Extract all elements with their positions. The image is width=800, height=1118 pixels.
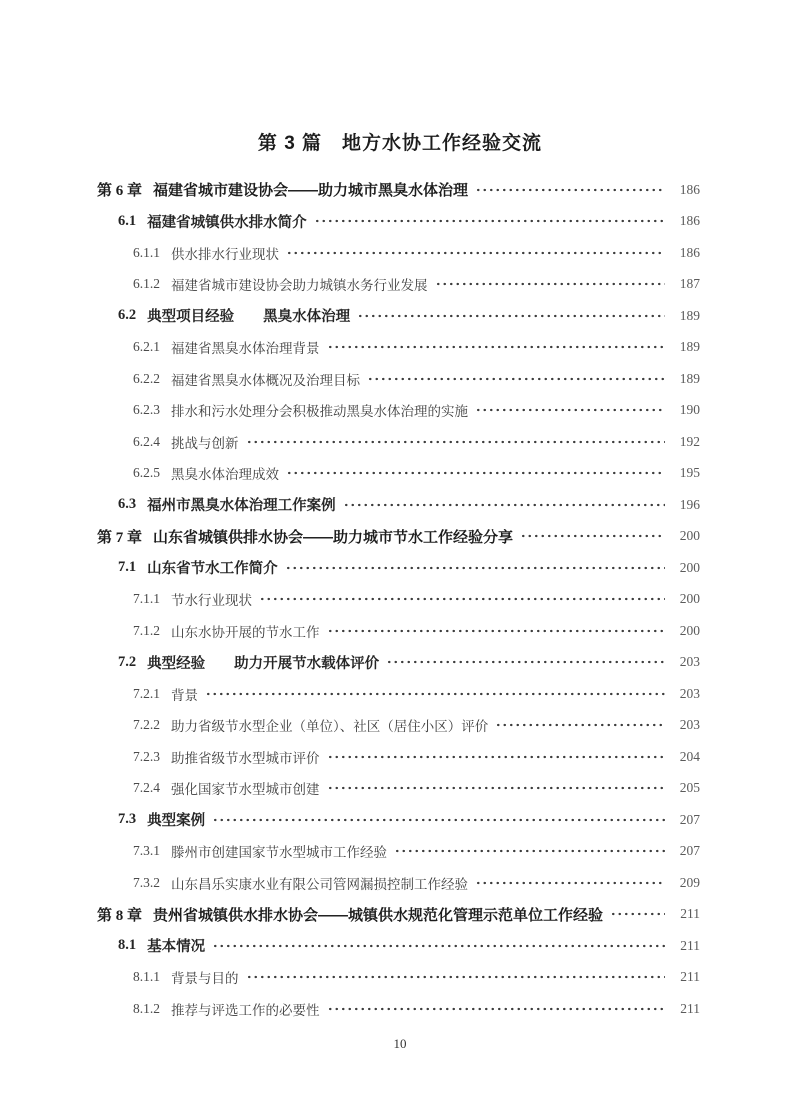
dot-leader: [475, 188, 665, 192]
toc-row-6-2-2: 6.2.2福建省黑臭水体概况及治理目标189: [97, 363, 700, 395]
toc-entry-number: 6.2.4: [133, 434, 160, 450]
dot-leader: [357, 314, 665, 318]
toc-entry-page: 189: [673, 371, 700, 387]
toc-row-7-2-1: 7.2.1背景203: [97, 678, 700, 710]
toc-entry-title: 助力省级节水型企业（单位）、社区（居住小区）评价: [171, 715, 488, 735]
toc-entry-number: 8.1.1: [133, 969, 160, 985]
toc-row-8-1-2: 8.1.2推荐与评选工作的必要性211: [97, 993, 700, 1025]
dot-leader: [475, 881, 665, 885]
document-page: 第 3 篇 地方水协工作经验交流 第 6 章福建省城市建设协会——助力城市黑臭水…: [0, 0, 800, 1118]
dot-leader: [286, 471, 665, 475]
toc-row-7-2-3: 7.2.3助推省级节水型城市评价204: [97, 741, 700, 773]
dot-leader: [327, 345, 666, 349]
toc-entry-number: 7.1.1: [133, 591, 160, 607]
dot-leader: [435, 282, 666, 286]
toc-row-7-1: 7.1山东省节水工作简介200: [97, 552, 700, 584]
toc-entry-title: 排水和污水处理分会积极推动黑臭水体治理的实施: [171, 400, 468, 420]
toc-row-6-1-1: 6.1.1供水排水行业现状186: [97, 237, 700, 269]
toc-entry-title: 推荐与评选工作的必要性: [171, 999, 320, 1019]
toc-row-7-3: 7.3典型案例207: [97, 804, 700, 836]
toc-entry-number: 8.1: [118, 937, 136, 954]
dot-leader: [212, 818, 665, 822]
toc-entry-title: 强化国家节水型城市创建: [171, 778, 320, 798]
dot-leader: [246, 440, 666, 444]
dot-leader: [343, 503, 665, 507]
dot-leader: [386, 660, 665, 664]
toc-entry-title: 山东水协开展的节水工作: [171, 621, 320, 641]
dot-leader: [520, 534, 665, 538]
toc-entry-number: 6.2.3: [133, 402, 160, 418]
toc-entry-number: 6.1: [118, 213, 136, 230]
toc-entry-title: 助推省级节水型城市评价: [171, 747, 320, 767]
toc-row-7-2-2: 7.2.2助力省级节水型企业（单位）、社区（居住小区）评价203: [97, 710, 700, 742]
toc-entry-page: 209: [673, 875, 700, 891]
toc-entry-page: 211: [673, 938, 700, 954]
toc-entry-page: 190: [673, 402, 700, 418]
toc-entry-page: 186: [673, 182, 700, 198]
toc-entry-page: 186: [673, 245, 700, 261]
toc-entry-title: 山东昌乐实康水业有限公司管网漏损控制工作经验: [171, 873, 468, 893]
dot-leader: [475, 408, 665, 412]
dot-leader: [205, 692, 665, 696]
toc-entry-page: 187: [673, 276, 700, 292]
toc-row-8-1-1: 8.1.1背景与目的211: [97, 962, 700, 994]
toc-entry-page: 204: [673, 749, 700, 765]
toc-entry-number: 8.1.2: [133, 1001, 160, 1017]
toc-entry-title: 典型经验 助力开展节水载体评价: [147, 652, 379, 673]
page-title: 第 3 篇 地方水协工作经验交流: [0, 128, 800, 155]
toc-entry-page: 196: [673, 497, 700, 513]
toc-entry-title: 福建省黑臭水体概况及治理目标: [171, 369, 360, 389]
dot-leader: [327, 786, 666, 790]
toc-row-7-1-2: 7.1.2山东水协开展的节水工作200: [97, 615, 700, 647]
toc-row-6-2-3: 6.2.3排水和污水处理分会积极推动黑臭水体治理的实施190: [97, 395, 700, 427]
toc-row-8-1: 8.1基本情况211: [97, 930, 700, 962]
toc-entry-title: 福州市黑臭水体治理工作案例: [147, 494, 336, 515]
toc-entry-number: 7.2.2: [133, 717, 160, 733]
toc-entry-title: 福建省城市建设协会助力城镇水务行业发展: [171, 274, 428, 294]
toc-row-6-2-5: 6.2.5黑臭水体治理成效195: [97, 458, 700, 490]
toc-row-chapter-6: 第 6 章福建省城市建设协会——助力城市黑臭水体治理186: [97, 174, 700, 206]
toc-entry-number: 第 6 章: [97, 179, 142, 200]
toc-entry-page: 207: [673, 812, 700, 828]
toc-entry-title: 基本情况: [147, 935, 205, 956]
table-of-contents: 第 6 章福建省城市建设协会——助力城市黑臭水体治理186 6.1福建省城镇供水…: [97, 174, 700, 1025]
toc-entry-title: 供水排水行业现状: [171, 243, 279, 263]
toc-entry-title: 山东省城镇供排水协会——助力城市节水工作经验分享: [153, 526, 513, 547]
toc-entry-page: 211: [673, 906, 700, 922]
toc-entry-page: 200: [673, 623, 700, 639]
toc-entry-number: 6.1.2: [133, 276, 160, 292]
toc-entry-page: 200: [673, 560, 700, 576]
toc-entry-number: 7.3.2: [133, 875, 160, 891]
dot-leader: [314, 219, 665, 223]
toc-row-7-2-4: 7.2.4强化国家节水型城市创建205: [97, 773, 700, 805]
toc-entry-title: 典型案例: [147, 809, 205, 830]
toc-entry-title: 挑战与创新: [171, 432, 239, 452]
toc-row-6-3: 6.3福州市黑臭水体治理工作案例196: [97, 489, 700, 521]
toc-entry-number: 6.2.5: [133, 465, 160, 481]
toc-entry-title: 典型项目经验 黑臭水体治理: [147, 305, 350, 326]
toc-row-6-2: 6.2典型项目经验 黑臭水体治理189: [97, 300, 700, 332]
toc-entry-page: 211: [673, 969, 700, 985]
toc-entry-number: 7.2.4: [133, 780, 160, 796]
toc-entry-number: 7.2.3: [133, 749, 160, 765]
toc-row-7-3-2: 7.3.2山东昌乐实康水业有限公司管网漏损控制工作经验209: [97, 867, 700, 899]
toc-entry-number: 第 7 章: [97, 526, 142, 547]
toc-row-7-3-1: 7.3.1滕州市创建国家节水型城市工作经验207: [97, 836, 700, 868]
toc-row-6-2-1: 6.2.1福建省黑臭水体治理背景189: [97, 332, 700, 364]
toc-entry-title: 滕州市创建国家节水型城市工作经验: [171, 841, 387, 861]
page-footer-number: 10: [0, 1036, 800, 1052]
toc-row-chapter-7: 第 7 章山东省城镇供排水协会——助力城市节水工作经验分享200: [97, 521, 700, 553]
dot-leader: [327, 755, 666, 759]
toc-entry-page: 192: [673, 434, 700, 450]
dot-leader: [495, 723, 665, 727]
toc-entry-title: 福建省城镇供水排水简介: [147, 211, 307, 232]
toc-entry-page: 205: [673, 780, 700, 796]
toc-entry-number: 7.2: [118, 654, 136, 671]
dot-leader: [610, 912, 665, 916]
toc-entry-title: 背景: [171, 684, 198, 704]
toc-entry-number: 6.2.1: [133, 339, 160, 355]
toc-entry-number: 6.2.2: [133, 371, 160, 387]
toc-entry-number: 6.2: [118, 307, 136, 324]
toc-entry-title: 福建省黑臭水体治理背景: [171, 337, 320, 357]
toc-entry-number: 7.3.1: [133, 843, 160, 859]
toc-entry-number: 7.3: [118, 811, 136, 828]
toc-entry-number: 6.1.1: [133, 245, 160, 261]
toc-entry-page: 189: [673, 339, 700, 355]
dot-leader: [246, 975, 666, 979]
toc-entry-page: 203: [673, 654, 700, 670]
dot-leader: [259, 597, 665, 601]
toc-entry-number: 7.2.1: [133, 686, 160, 702]
toc-entry-page: 211: [673, 1001, 700, 1017]
toc-entry-number: 7.1.2: [133, 623, 160, 639]
toc-row-7-2: 7.2典型经验 助力开展节水载体评价203: [97, 647, 700, 679]
toc-entry-page: 203: [673, 686, 700, 702]
toc-entry-page: 186: [673, 213, 700, 229]
toc-entry-page: 207: [673, 843, 700, 859]
dot-leader: [212, 944, 665, 948]
toc-row-6-1-2: 6.1.2福建省城市建设协会助力城镇水务行业发展187: [97, 269, 700, 301]
toc-entry-page: 200: [673, 591, 700, 607]
dot-leader: [367, 377, 665, 381]
dot-leader: [285, 566, 665, 570]
toc-entry-title: 背景与目的: [171, 967, 239, 987]
toc-row-6-2-4: 6.2.4挑战与创新192: [97, 426, 700, 458]
toc-entry-title: 山东省节水工作简介: [147, 557, 278, 578]
dot-leader: [327, 1007, 666, 1011]
toc-row-chapter-8: 第 8 章贵州省城镇供水排水协会——城镇供水规范化管理示范单位工作经验211: [97, 899, 700, 931]
toc-entry-title: 节水行业现状: [171, 589, 252, 609]
toc-entry-number: 7.1: [118, 559, 136, 576]
toc-entry-number: 6.3: [118, 496, 136, 513]
toc-row-6-1: 6.1福建省城镇供水排水简介186: [97, 206, 700, 238]
toc-entry-page: 200: [673, 528, 700, 544]
toc-row-7-1-1: 7.1.1节水行业现状200: [97, 584, 700, 616]
dot-leader: [394, 849, 665, 853]
toc-entry-title: 黑臭水体治理成效: [171, 463, 279, 483]
dot-leader: [327, 629, 666, 633]
toc-entry-title: 福建省城市建设协会——助力城市黑臭水体治理: [153, 179, 468, 200]
dot-leader: [286, 251, 665, 255]
toc-entry-title: 贵州省城镇供水排水协会——城镇供水规范化管理示范单位工作经验: [153, 904, 603, 925]
toc-entry-page: 203: [673, 717, 700, 733]
toc-entry-page: 195: [673, 465, 700, 481]
toc-entry-number: 第 8 章: [97, 904, 142, 925]
toc-entry-page: 189: [673, 308, 700, 324]
